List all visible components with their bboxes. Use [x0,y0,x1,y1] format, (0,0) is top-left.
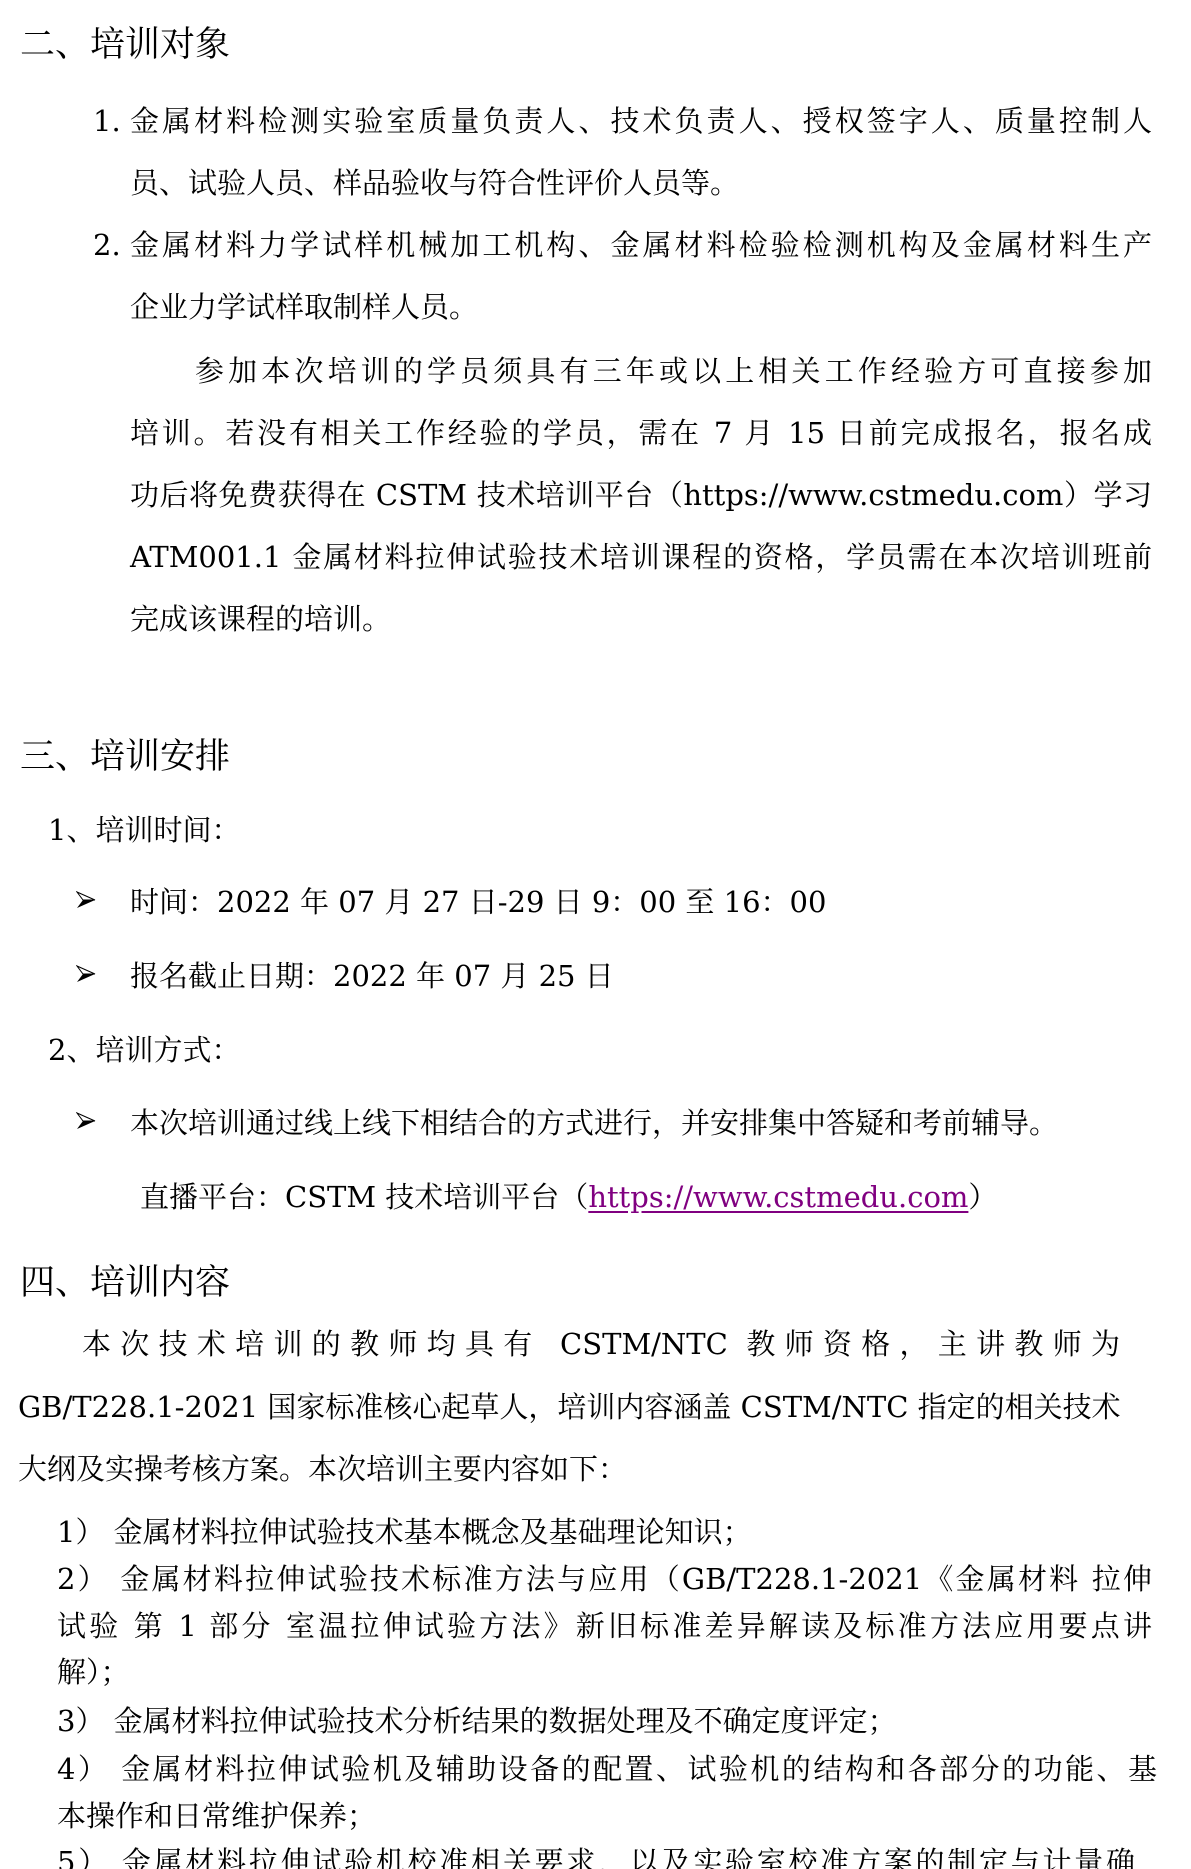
section-heading-content: 四、培训内容 [20,1266,230,1301]
paragraph-line: ATM001.1 金属材料拉伸试验技术培训课程的资格，学员需在本次培训班前 [130,543,1152,572]
section-heading-trainees: 二、培训对象 [20,28,230,63]
content-list-line: 解）； [57,1658,130,1687]
bullet-text-time: 时间：2022 年 07 月 27 日-29 日 9：00 至 16：00 [130,888,826,917]
arrow-bullet-icon [76,1111,96,1131]
paragraph-line: GB/T228.1-2021 国家标准核心起草人，培训内容涵盖 CSTM/NTC… [18,1393,1120,1422]
paragraph-line: 培训。若没有相关工作经验的学员，需在 7 月 15 日前完成报名，报名成 [130,419,1152,448]
subheading-training-time: 1、培训时间： [48,816,240,845]
platform-line: 直播平台：CSTM 技术培训平台（https://www.cstmedu.com… [140,1183,997,1212]
platform-link[interactable]: https://www.cstmedu.com [588,1180,968,1214]
content-list-line: 3） 金属材料拉伸试验技术分析结果的数据处理及不确定度评定； [57,1707,897,1736]
section-heading-schedule: 三、培训安排 [20,740,230,775]
content-list-line: 5） 金属材料拉伸试验机校准相关要求，以及实验室校准方案的制定与计量确 [57,1848,1135,1869]
bullet-text-method: 本次培训通过线上线下相结合的方式进行，并安排集中答疑和考前辅导。 [130,1109,1058,1138]
paragraph-line: 参加本次培训的学员须具有三年或以上相关工作经验方可直接参加 [195,357,1152,386]
platform-prefix: 直播平台：CSTM 技术培训平台（ [140,1180,588,1214]
content-list-line: 4） 金属材料拉伸试验机及辅助设备的配置、试验机的结构和各部分的功能、基 [57,1755,1157,1784]
list-item-text: 金属材料力学试样机械加工机构、金属材料检验检测机构及金属材料生产 [130,231,1152,260]
content-list-line: 试验 第 1 部分 室温拉伸试验方法》新旧标准差异解读及标准方法应用要点讲 [57,1612,1152,1641]
bullet-text-deadline: 报名截止日期：2022 年 07 月 25 日 [130,962,614,991]
arrow-bullet-icon [76,890,96,910]
content-list-line: 本操作和日常维护保养； [57,1802,376,1831]
platform-suffix: ） [968,1180,997,1214]
content-list-line: 1） 金属材料拉伸试验技术基本概念及基础理论知识； [57,1518,752,1547]
subheading-training-method: 2、培训方式： [48,1036,240,1065]
list-item-number: 2. [93,231,121,260]
list-item-text: 金属材料检测实验室质量负责人、技术负责人、授权签字人、质量控制人 [130,107,1152,136]
list-item-text: 企业力学试样取制样人员。 [130,293,478,322]
paragraph-line: 大纲及实操考核方案。本次培训主要内容如下： [18,1455,627,1484]
list-item-text: 员、试验人员、样品验收与符合性评价人员等。 [130,169,739,198]
paragraph-line: 本次技术培训的教师均具有 CSTM/NTC 教师资格，主讲教师为 [82,1330,1120,1359]
content-list-line: 2） 金属材料拉伸试验技术标准方法与应用（GB/T228.1-2021《金属材料… [57,1565,1152,1594]
list-item-number: 1. [93,107,121,136]
paragraph-line: 功后将免费获得在 CSTM 技术培训平台（https://www.cstmedu… [130,481,1152,510]
arrow-bullet-icon [76,964,96,984]
paragraph-line: 完成该课程的培训。 [130,605,391,634]
